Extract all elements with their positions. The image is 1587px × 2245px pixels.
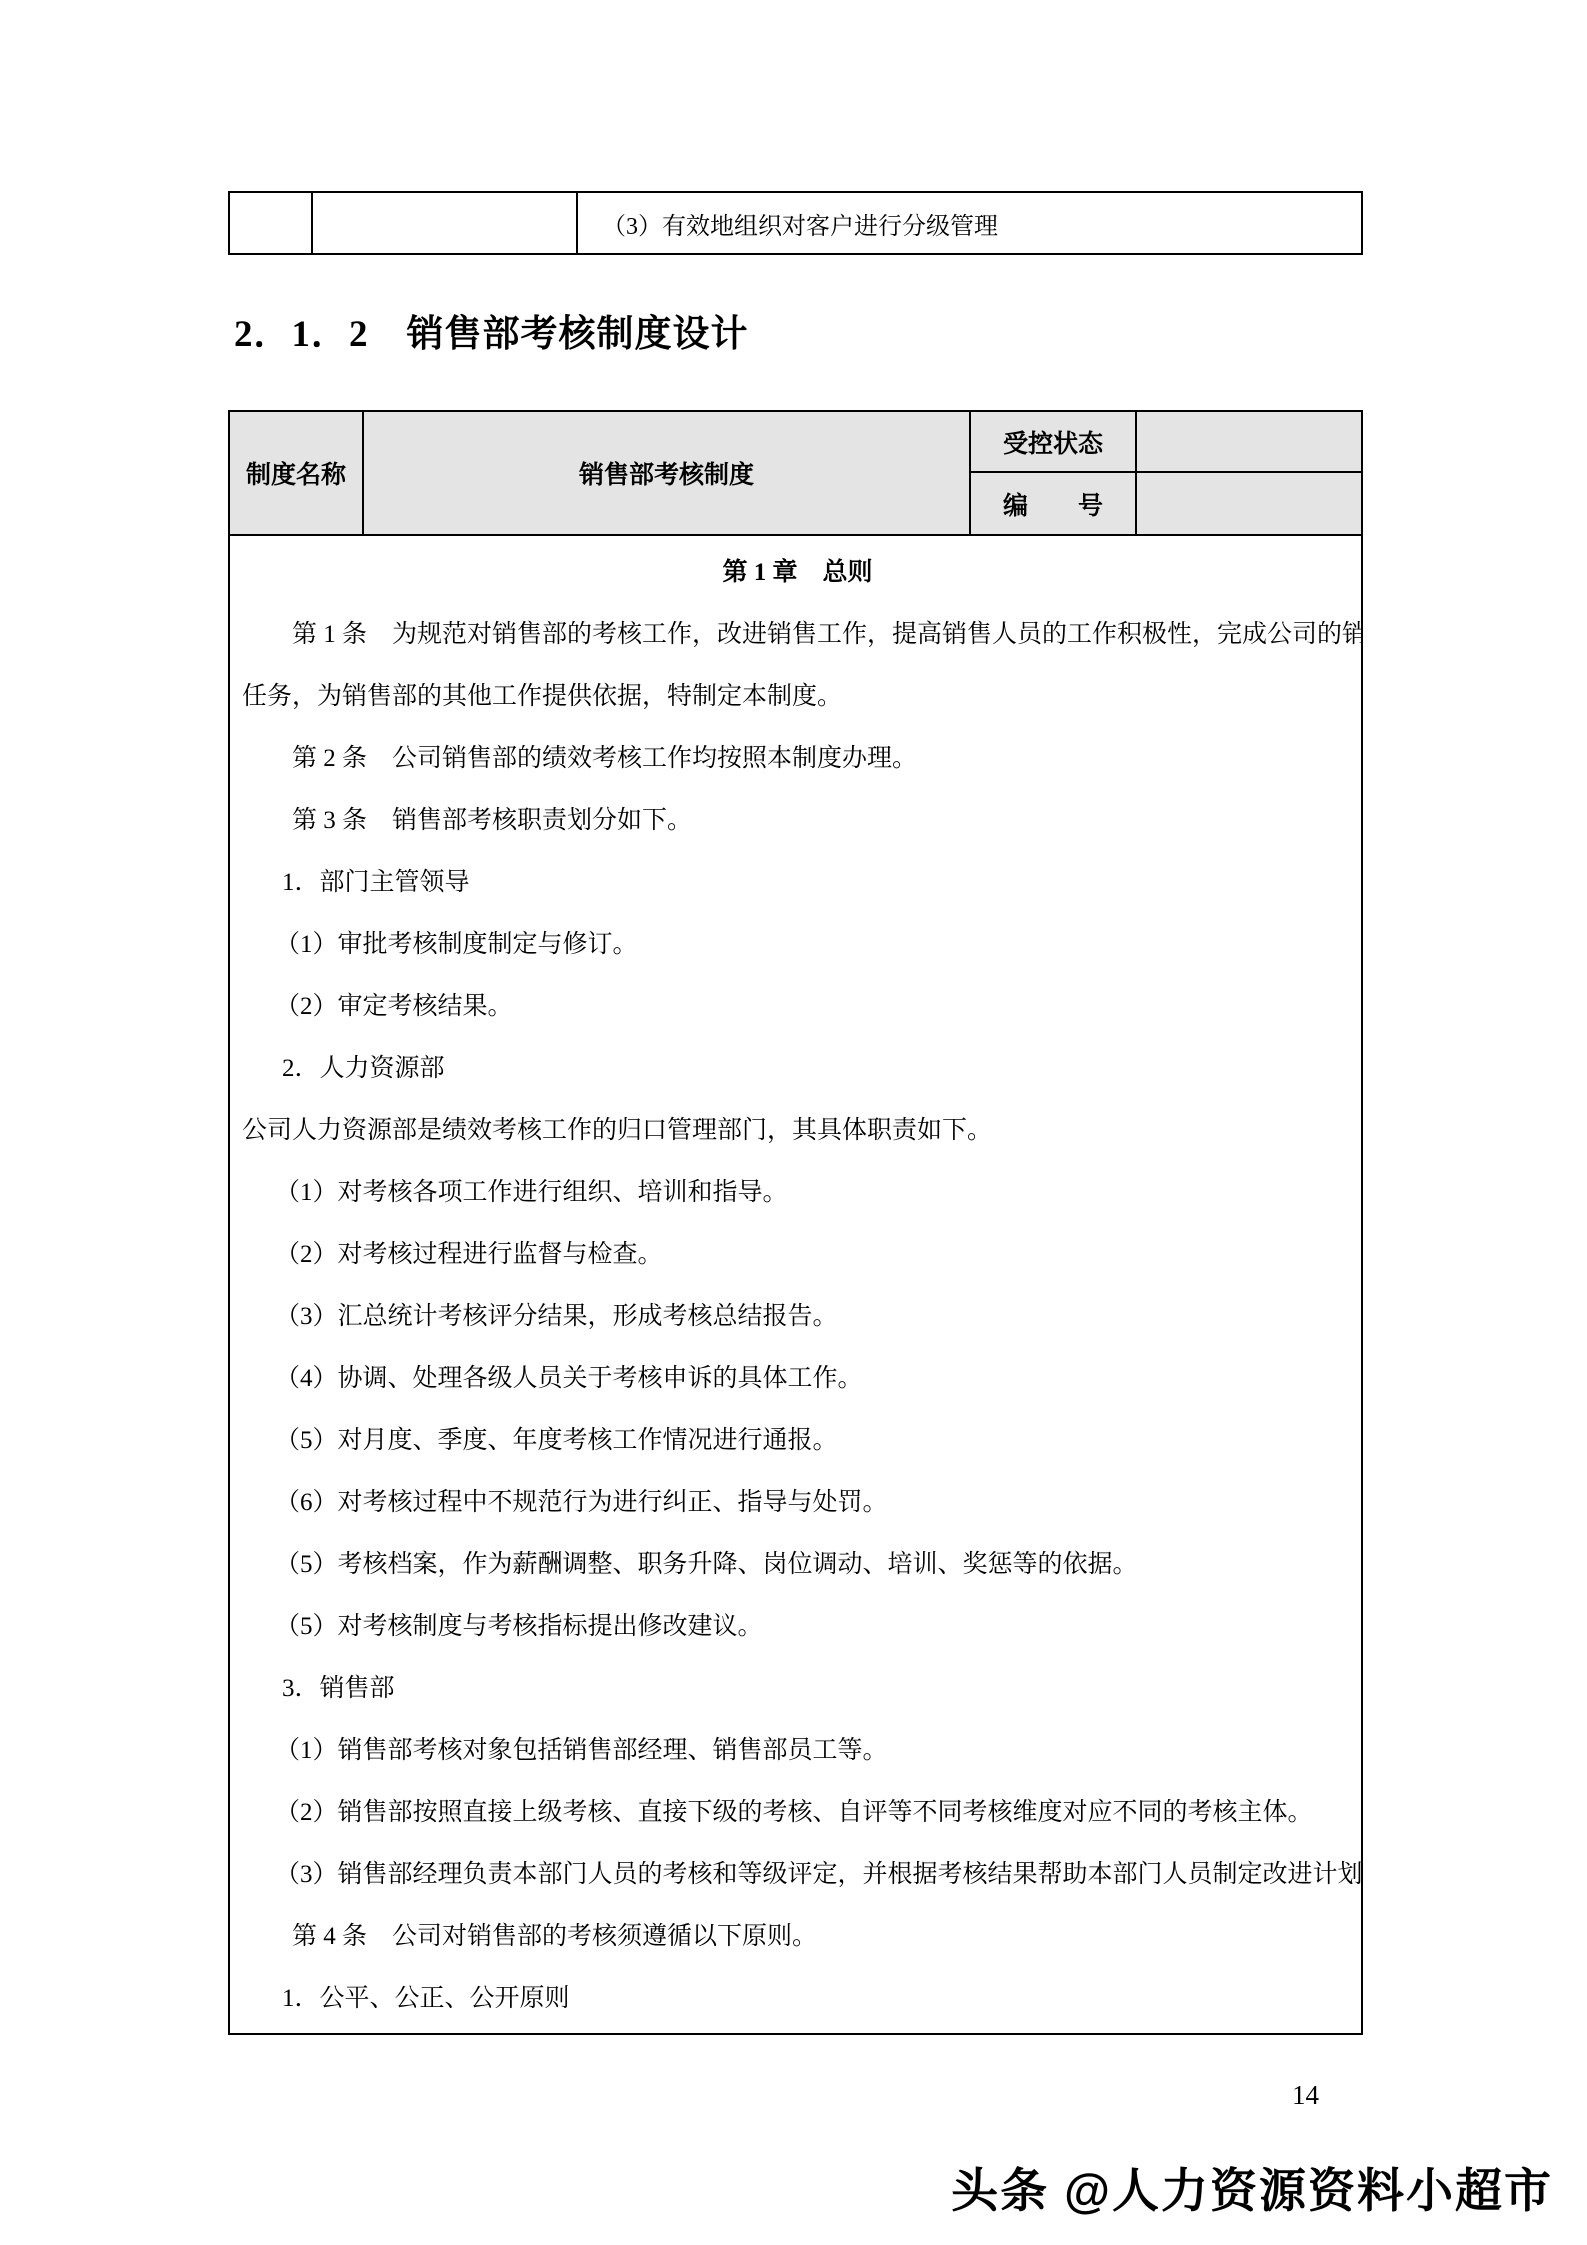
system-name-label: 制度名称: [230, 412, 364, 534]
body-line: 3．销售部: [242, 1658, 1353, 1720]
document-page: （3）有效地组织对客户进行分级管理 2．1．2 销售部考核制度设计 制度名称 销…: [0, 0, 1587, 2245]
body-line: 第 3 条 销售部考核职责划分如下。: [242, 790, 1353, 852]
body-line: 2．人力资源部: [242, 1038, 1353, 1100]
body-line: 第 4 条 公司对销售部的考核须遵循以下原则。: [242, 1906, 1353, 1968]
body-line: 1．部门主管领导: [242, 852, 1353, 914]
info-table: 制度名称 销售部考核制度 受控状态 编 号: [228, 410, 1363, 536]
chapter-title: 第 1 章 总则: [242, 542, 1353, 604]
controlled-status-label: 受控状态: [971, 412, 1137, 473]
document-body: 第 1 章 总则 第 1 条 为规范对销售部的考核工作，改进销售工作，提高销售人…: [228, 536, 1363, 2035]
section-heading: 2．1．2 销售部考核制度设计: [234, 303, 749, 357]
body-line: （3）销售部经理负责本部门人员的考核和等级评定，并根据考核结果帮助本部门人员制定…: [242, 1844, 1353, 1906]
body-line: 公司人力资源部是绩效考核工作的归口管理部门，其具体职责如下。: [242, 1100, 1353, 1162]
body-line: （2）销售部按照直接上级考核、直接下级的考核、自评等不同考核维度对应不同的考核主…: [242, 1782, 1353, 1844]
body-line: （3）汇总统计考核评分结果，形成考核总结报告。: [242, 1286, 1353, 1348]
controlled-status-value: [1137, 412, 1361, 473]
body-line: （2）审定考核结果。: [242, 976, 1353, 1038]
body-line: （1）销售部考核对象包括销售部经理、销售部员工等。: [242, 1720, 1353, 1782]
body-line: 任务，为销售部的其他工作提供依据，特制定本制度。: [242, 666, 1353, 728]
fragment-table: （3）有效地组织对客户进行分级管理: [228, 191, 1363, 255]
body-line: 第 2 条 公司销售部的绩效考核工作均按照本制度办理。: [242, 728, 1353, 790]
body-line: （2）对考核过程进行监督与检查。: [242, 1224, 1353, 1286]
body-line: （6）对考核过程中不规范行为进行纠正、指导与处罚。: [242, 1472, 1353, 1534]
fragment-cell-empty-2: [313, 193, 578, 253]
fragment-cell-empty-1: [230, 193, 313, 253]
system-name-value: 销售部考核制度: [364, 412, 971, 534]
body-line: （5）对考核制度与考核指标提出修改建议。: [242, 1596, 1353, 1658]
body-line: （5）对月度、季度、年度考核工作情况进行通报。: [242, 1410, 1353, 1472]
fragment-cell-text: （3）有效地组织对客户进行分级管理: [578, 193, 1361, 253]
body-line: （1）对考核各项工作进行组织、培训和指导。: [242, 1162, 1353, 1224]
watermark: 头条 @人力资源资料小超市: [951, 2154, 1553, 2221]
body-line: 第 1 条 为规范对销售部的考核工作，改进销售工作，提高销售人员的工作积极性，完…: [242, 604, 1353, 666]
body-line: （4）协调、处理各级人员关于考核申诉的具体工作。: [242, 1348, 1353, 1410]
body-line: （5）考核档案，作为薪酬调整、职务升降、岗位调动、培训、奖惩等的依据。: [242, 1534, 1353, 1596]
number-value: [1137, 473, 1361, 534]
page-number: 14: [1292, 2080, 1319, 2111]
body-line: （1）审批考核制度制定与修订。: [242, 914, 1353, 976]
body-line: 1．公平、公正、公开原则: [242, 1968, 1353, 2030]
number-label: 编 号: [971, 473, 1137, 534]
